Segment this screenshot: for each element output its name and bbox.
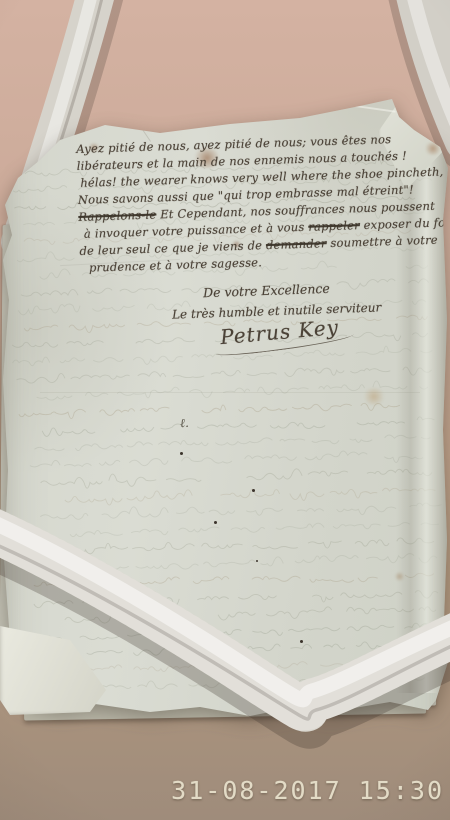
vignette: [0, 0, 450, 820]
camera-timestamp: 31-08-2017 15:30: [171, 776, 444, 805]
photo-frame: Ayez pitié de nous, ayez pitié de nous; …: [0, 0, 450, 820]
